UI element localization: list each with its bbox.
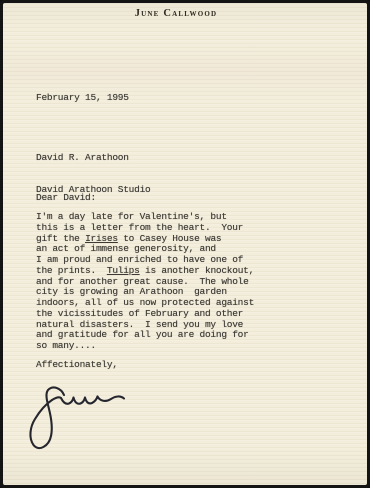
letter-body: I'm a day late for Valentine's, butthis … (36, 212, 254, 352)
salutation: Dear David: (36, 193, 96, 204)
signature-june-glyph (26, 383, 136, 459)
closing: Affectionately, (36, 360, 118, 371)
scanned-letter: June Callwood February 15, 1995 David R.… (0, 0, 370, 488)
recipient-block: David R. Arathoon David Arathoon Studio (36, 131, 150, 217)
body-line: so many.... (36, 341, 254, 352)
letterhead-name: June Callwood (3, 8, 358, 19)
body-line: the prints. Tulips is another knockout, (36, 266, 254, 277)
body-line: the vicissitudes of February and other (36, 309, 254, 320)
handwritten-signature (26, 383, 136, 459)
recipient-name: David R. Arathoon (36, 153, 150, 164)
body-line: this is a letter from the heart. Your (36, 223, 254, 234)
letter-date: February 15, 1995 (36, 93, 129, 104)
letter-paper: June Callwood February 15, 1995 David R.… (3, 3, 367, 485)
